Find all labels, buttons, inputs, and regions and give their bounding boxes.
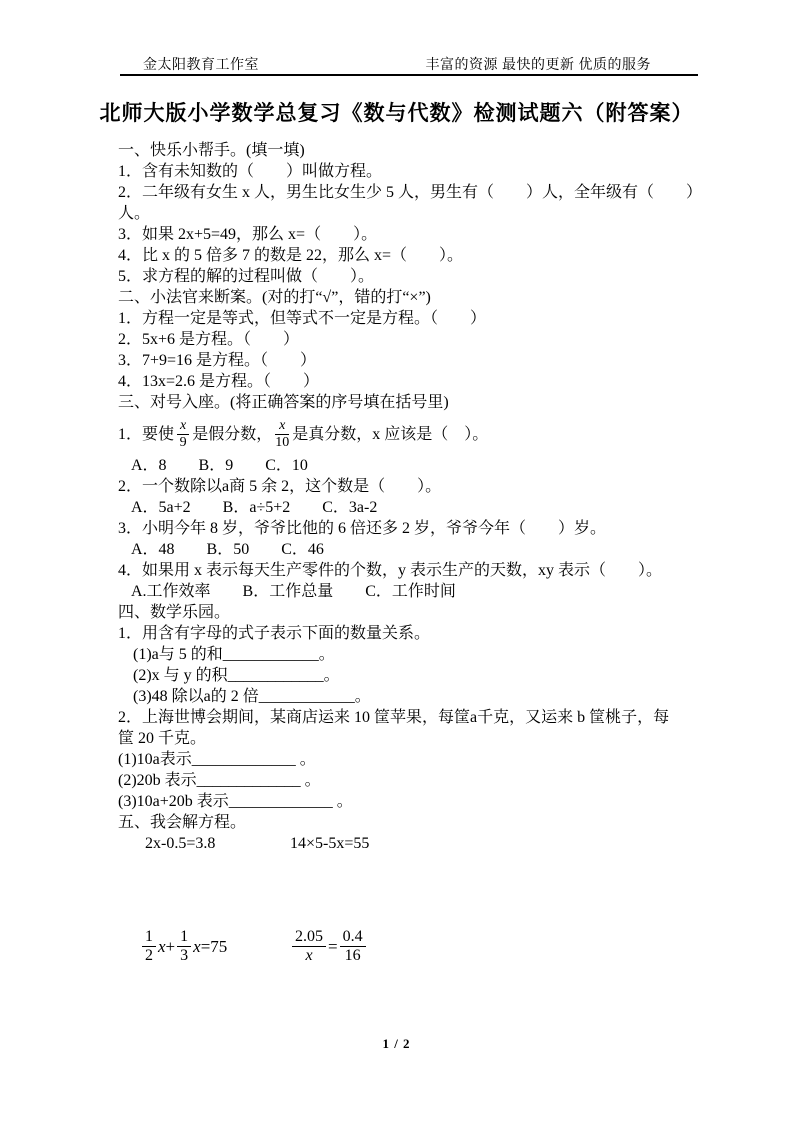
- section4-q1-blank-3: (3)48 除以a的 2 倍____________。: [118, 686, 680, 707]
- section3-q2-text: 2．一个数除以a商 5 余 2，这个数是（ ）。: [118, 476, 680, 497]
- fraction-1-over-2: 1 2: [142, 928, 156, 966]
- section2-item-1: 1．方程一定是等式，但等式不一定是方程。（ ）: [118, 308, 680, 329]
- section2-item-3: 3．7+9=16 是方程。（ ）: [118, 350, 680, 371]
- section1-heading: 一、快乐小帮手。(填一填): [118, 140, 680, 161]
- section4-q2-text-line2: 筐 20 千克。: [118, 728, 680, 749]
- section2-item-2: 2．5x+6 是方程。（ ）: [118, 329, 680, 350]
- section3-heading: 三、对号入座。(将正确答案的序号填在括号里): [118, 392, 680, 413]
- equation-2x-minus: 2x-0.5=3.8: [145, 833, 290, 854]
- equals-sign: =: [328, 936, 338, 957]
- section2-heading: 二、小法官来断案。(对的打“√”，错的打“×”): [118, 287, 680, 308]
- q1-suffix: 是真分数，x 应该是（ ）。: [292, 424, 488, 445]
- equals-75: =75: [201, 936, 228, 957]
- section3-q3-text: 3．小明今年 8 岁，爷爷比他的 6 倍还多 2 岁，爷爷今年（ ）岁。: [118, 518, 680, 539]
- section5-heading: 五、我会解方程。: [118, 812, 680, 833]
- q1-middle: 是假分数，: [192, 424, 272, 445]
- variable-x-1: x: [158, 936, 166, 957]
- section1-item-2: 2．二年级有女生 x 人，男生比女生少 5 人，男生有（ ）人，全年级有（ ）: [118, 182, 680, 203]
- equation-proportion: 2.05 x = 0.4 16: [290, 928, 368, 966]
- variable-x-2: x: [193, 936, 201, 957]
- section4-q2-blank-2: (2)20b 表示_____________ 。: [118, 770, 680, 791]
- section3-q2-options: A．5a+2 B．a÷5+2 C．3a-2: [118, 497, 680, 518]
- section4-q1-blank-2: (2)x 与 y 的积____________。: [118, 665, 680, 686]
- header-divider: [120, 74, 698, 76]
- plus-operator: +: [166, 936, 176, 957]
- section4-q1-blank-1: (1)a与 5 的和____________。: [118, 644, 680, 665]
- page-number: 1 / 2: [0, 1036, 793, 1052]
- fraction-2-05-over-x: 2.05 x: [292, 928, 326, 966]
- section3-q3-options: A．48 B．50 C．46: [118, 539, 680, 560]
- fraction-1-over-3: 1 3: [177, 928, 191, 966]
- fraction-x-over-10: x 10: [275, 418, 289, 450]
- section3-q4-options: A.工作效率 B．工作总量 C．工作时间: [118, 581, 680, 602]
- section1-item-4: 4．比 x 的 5 倍多 7 的数是 22，那么 x=（ ）。: [118, 245, 680, 266]
- equation-half-x-plus-third-x: 1 2 x + 1 3 x =75: [140, 928, 290, 966]
- section1-item-3: 3．如果 2x+5=49，那么 x=（ ）。: [118, 224, 680, 245]
- section4-q2-text-line1: 2．上海世博会期间，某商店运来 10 筐苹果，每筐a千克，又运来 b 筐桃子，每: [118, 707, 680, 728]
- page-header: 金太阳教育工作室 丰富的资源 最快的更新 优质的服务: [120, 54, 697, 74]
- section3-q1-options: A．8 B．9 C．10: [118, 455, 680, 476]
- fraction-0-4-over-16: 0.4 16: [340, 928, 366, 966]
- header-right-slogan: 丰富的资源 最快的更新 优质的服务: [426, 54, 652, 74]
- section4-heading: 四、数学乐园。: [118, 602, 680, 623]
- section4-q2-blank-1: (1)10a表示_____________ 。: [118, 749, 680, 770]
- section5-fraction-equations-row: 1 2 x + 1 3 x =75 2.05 x = 0.4: [118, 928, 680, 966]
- section5-equations-row: 2x-0.5=3.8 14×5-5x=55: [118, 833, 680, 854]
- section1-item-2-wrap: 人。: [118, 203, 680, 224]
- header-left-brand: 金太阳教育工作室: [143, 54, 259, 74]
- section3-q1-text: 1．要使 x 9 是假分数， x 10 是真分数，x 应该是（ ）。: [118, 413, 680, 455]
- section2-item-4: 4．13x=2.6 是方程。（ ）: [118, 371, 680, 392]
- section1-item-5: 5．求方程的解的过程叫做（ ）。: [118, 266, 680, 287]
- q1-prefix: 1．要使: [118, 424, 174, 445]
- section4-q2-blank-3: (3)10a+20b 表示_____________ 。: [118, 791, 680, 812]
- equation-14x5: 14×5-5x=55: [290, 833, 369, 854]
- section3-q4-text: 4．如果用 x 表示每天生产零件的个数，y 表示生产的天数，xy 表示（ ）。: [118, 560, 680, 581]
- page-title: 北师大版小学数学总复习《数与代数》检测试题六（附答案）: [0, 97, 793, 127]
- section4-q1-text: 1．用含有字母的式子表示下面的数量关系。: [118, 623, 680, 644]
- section1-item-1: 1．含有未知数的（ ）叫做方程。: [118, 161, 680, 182]
- worksheet-page: 金太阳教育工作室 丰富的资源 最快的更新 优质的服务 北师大版小学数学总复习《数…: [0, 0, 793, 1122]
- fraction-x-over-9: x 9: [177, 418, 189, 450]
- worksheet-body: 一、快乐小帮手。(填一填) 1．含有未知数的（ ）叫做方程。 2．二年级有女生 …: [118, 140, 680, 966]
